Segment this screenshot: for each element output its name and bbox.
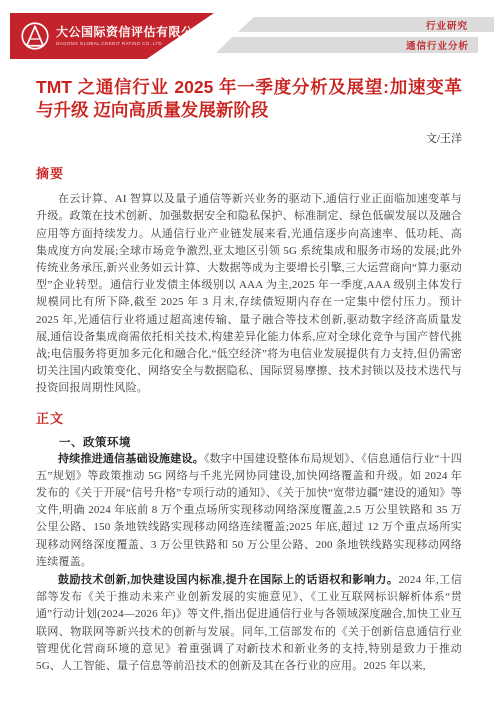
policy-paragraph-1: 持续推进通信基础设施建设。《数字中国建设整体布局规划》、《信息通信行业“十四五”…: [36, 451, 462, 571]
main-text-heading: 正文: [36, 408, 462, 427]
report-title: TMT 之通信行业 2025 年一季度分析及展望:加速变革与升级 迈向高质量发展…: [36, 76, 462, 122]
brand-text-block: 大公国际资信评估有限公司 DAGONG GLOBAL CREDIT RATING…: [56, 26, 206, 46]
header-tag-label: 行业研究: [426, 18, 468, 32]
paragraph-lead: 鼓励技术创新,加快建设国内标准,提升在国际上的话语权和影响力。: [58, 574, 398, 586]
page-number: 1: [0, 645, 496, 655]
paragraph-lead: 持续推进通信基础设施建设。: [58, 453, 204, 465]
report-body: TMT 之通信行业 2025 年一季度分析及展望:加速变革与升级 迈向高质量发展…: [36, 76, 462, 675]
policy-paragraph-2: 鼓励技术创新,加快建设国内标准,提升在国际上的话语权和影响力。2024 年,工信…: [36, 572, 462, 675]
abstract-paragraph: 在云计算、AI 智算以及量子通信等新兴业务的驱动下,通信行业正面临加速变革与升级…: [36, 191, 462, 397]
abstract-heading: 摘要: [36, 163, 462, 182]
company-name-cn: 大公国际资信评估有限公司: [56, 26, 206, 39]
author-byline: 文/王洋: [36, 130, 462, 146]
header-tag-label: 通信行业分析: [406, 38, 469, 52]
dagong-logo-icon: [20, 21, 50, 51]
header-tag-telecom-analysis: 通信行业分析: [216, 37, 478, 53]
paragraph-text: 2024 年,工信部等发布《关于推动未来产业创新发展的实施意见》、《工业互联网标…: [36, 574, 462, 672]
brand-banner: 大公国际资信评估有限公司 DAGONG GLOBAL CREDIT RATING…: [10, 13, 214, 59]
section-title-policy: 一、政策环境: [36, 434, 462, 450]
paragraph-text: 《数字中国建设整体布局规划》、《信息通信行业“十四五”规划》等政策推动 5G 网…: [36, 453, 462, 568]
page-header: 大公国际资信评估有限公司 DAGONG GLOBAL CREDIT RATING…: [0, 0, 496, 70]
company-name-en: DAGONG GLOBAL CREDIT RATING CO.,LTD: [56, 41, 206, 46]
header-tag-industry-research: 行业研究: [238, 17, 494, 32]
